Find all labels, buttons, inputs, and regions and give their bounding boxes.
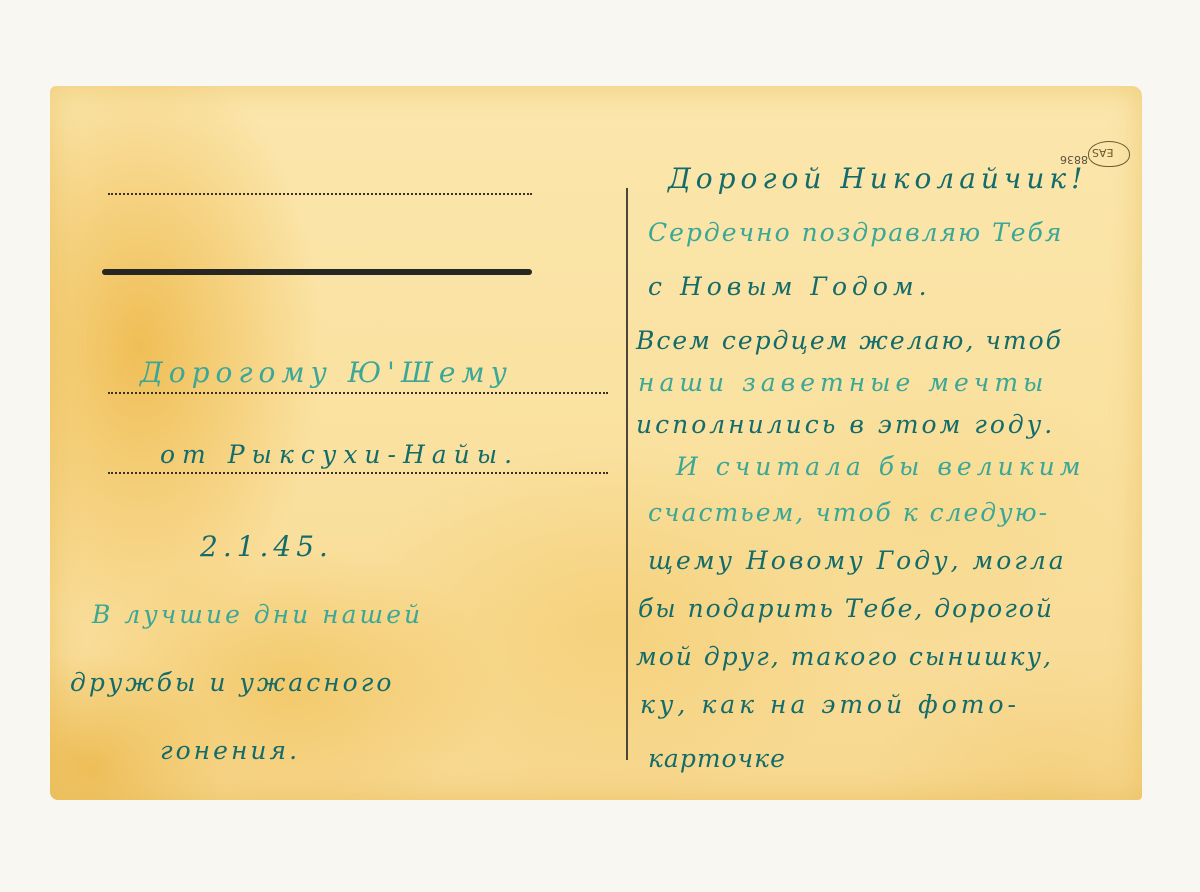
message-line-4: Всем сердцем желаю, чтоб: [636, 326, 1063, 355]
message-line-2: Сердечно поздравляю Тебя: [648, 218, 1063, 247]
dedication-line-2: дружбы и ужасного: [70, 668, 394, 697]
message-line-9: щему Новому Году, могла: [648, 546, 1067, 575]
message-line-12: ку, как на этой фото-: [640, 690, 1020, 719]
sender-line-rule: [108, 472, 608, 474]
message-line-7: И считала бы великим: [676, 452, 1085, 481]
message-line-3: с Новым Годом.: [648, 272, 932, 301]
recipient-text: Дорогому Ю'Шему: [140, 356, 513, 389]
date-text: 2.1.45.: [200, 530, 333, 563]
message-line-1: Дорогой Николайчик!: [668, 162, 1087, 195]
message-line-6: исполнились в этом году.: [636, 410, 1055, 439]
recipient-line-rule: [108, 392, 608, 394]
dedication-line-1: В лучшие дни нашей: [92, 600, 423, 629]
postcard-divider: [626, 188, 628, 760]
message-line-13: карточке: [648, 744, 786, 773]
message-line-10: бы подарить Тебе, дорогой: [638, 594, 1054, 623]
blank-address-line: [108, 193, 532, 195]
message-line-11: мой друг, такого сынишку,: [636, 642, 1053, 671]
archive-stamp: EAS: [1092, 146, 1113, 159]
message-line-5: наши заветные мечты: [638, 368, 1048, 397]
message-line-8: счастьем, чтоб к следую-: [648, 498, 1049, 527]
dedication-line-3: гонения.: [160, 736, 300, 765]
heavy-rule: [102, 269, 532, 275]
sender-text: от Рыкcухи-Найы.: [160, 440, 519, 469]
